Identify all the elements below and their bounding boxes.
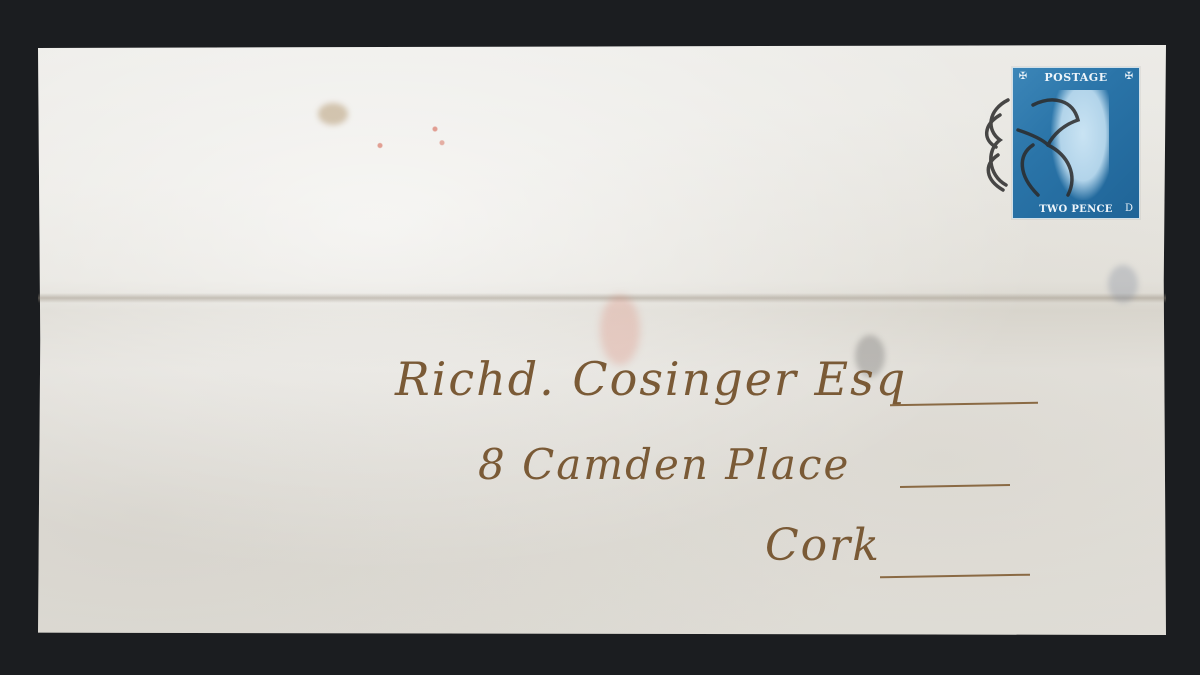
stamp-top-text: POSTAGE bbox=[1013, 71, 1139, 84]
stamp-corner-letter-right: D bbox=[1123, 203, 1135, 215]
address-line-3: Cork bbox=[765, 520, 881, 571]
stain bbox=[1108, 265, 1138, 303]
address-line-2: 8 Camden Place bbox=[478, 440, 850, 489]
red-ink-marks bbox=[360, 118, 460, 173]
maltese-cross-cancel-icon bbox=[978, 85, 1108, 210]
address-line-1: Richd. Cosinger Esq bbox=[395, 352, 907, 406]
stain bbox=[318, 103, 348, 125]
fold-crease bbox=[38, 293, 1166, 303]
